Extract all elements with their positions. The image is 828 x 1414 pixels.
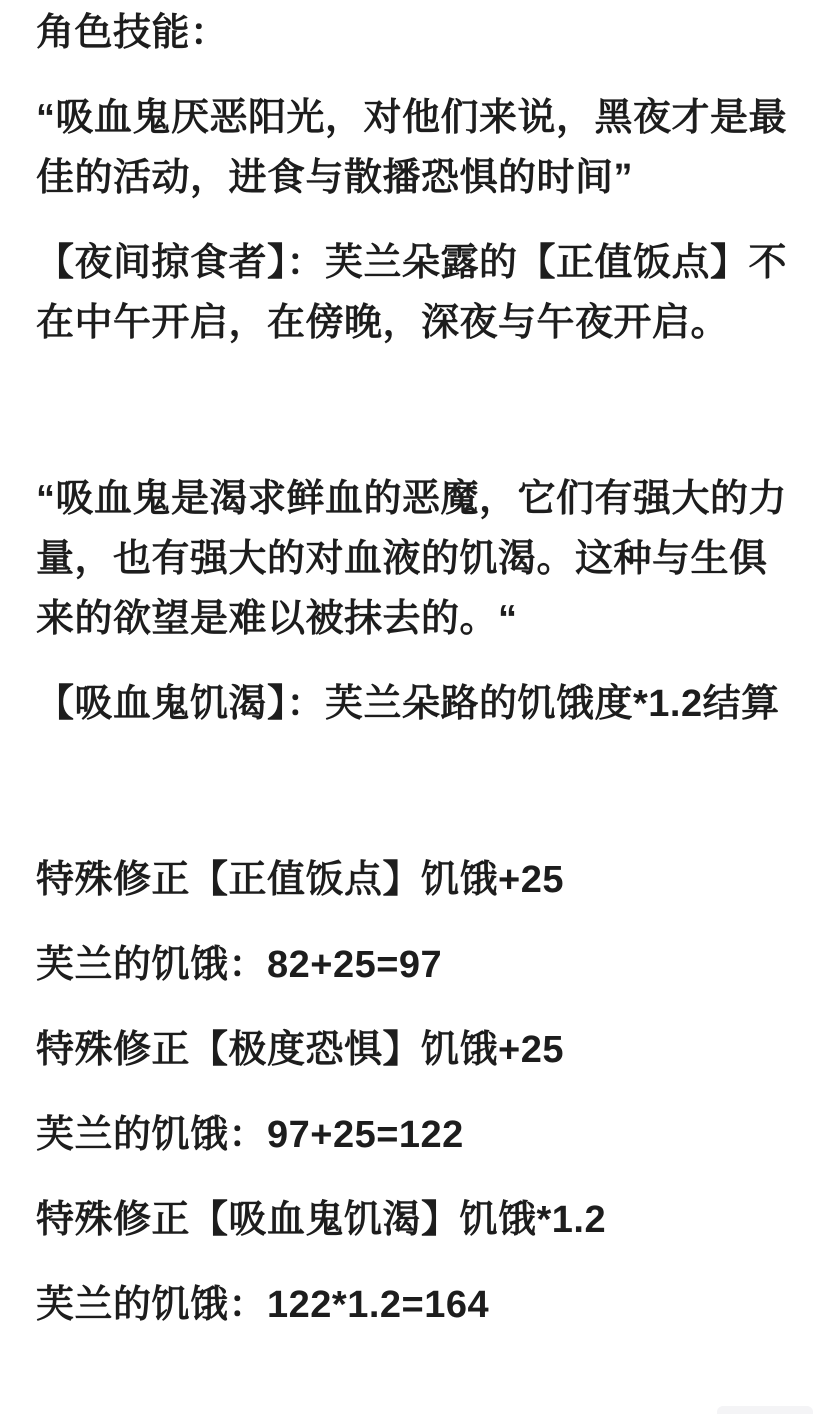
paragraph-modifier-extreme-fear: 特殊修正【极度恐惧】饥饿+25	[36, 1020, 792, 1080]
paragraph-flavor-quote-2: “吸血鬼是渴求鲜血的恶魔，它们有强大的力量，也有强大的对血液的饥渴。这种与生俱来…	[36, 469, 792, 649]
paragraph-skill-night-predator: 【夜间掠食者】：芙兰朵露的【正值饭点】不在中午开启，在傍晚，深夜与午夜开启。	[36, 233, 792, 353]
paragraph-hunger-calc-2: 芙兰的饥饿：97+25=122	[36, 1105, 792, 1165]
document-body: 角色技能： “吸血鬼厌恶阳光，对他们来说，黑夜才是最佳的活动，进食与散播恐惧的时…	[0, 0, 828, 1335]
paragraph-modifier-mealtime: 特殊修正【正值饭点】饥饿+25	[36, 850, 792, 910]
paragraph-skill-heading: 角色技能：	[36, 3, 792, 63]
partial-element-bottom-edge	[717, 1406, 813, 1414]
paragraph-hunger-calc-3: 芙兰的饥饿：122*1.2=164	[36, 1275, 792, 1335]
paragraph-hunger-calc-1: 芙兰的饥饿：82+25=97	[36, 935, 792, 995]
paragraph-skill-vampire-thirst: 【吸血鬼饥渴】：芙兰朵路的饥饿度*1.2结算	[36, 674, 792, 734]
blank-line-spacer	[36, 759, 792, 825]
page: 角色技能： “吸血鬼厌恶阳光，对他们来说，黑夜才是最佳的活动，进食与散播恐惧的时…	[0, 0, 828, 1414]
blank-line-spacer	[36, 378, 792, 444]
paragraph-modifier-vampire-thirst: 特殊修正【吸血鬼饥渴】饥饿*1.2	[36, 1190, 792, 1250]
paragraph-flavor-quote-1: “吸血鬼厌恶阳光，对他们来说，黑夜才是最佳的活动，进食与散播恐惧的时间”	[36, 88, 792, 208]
